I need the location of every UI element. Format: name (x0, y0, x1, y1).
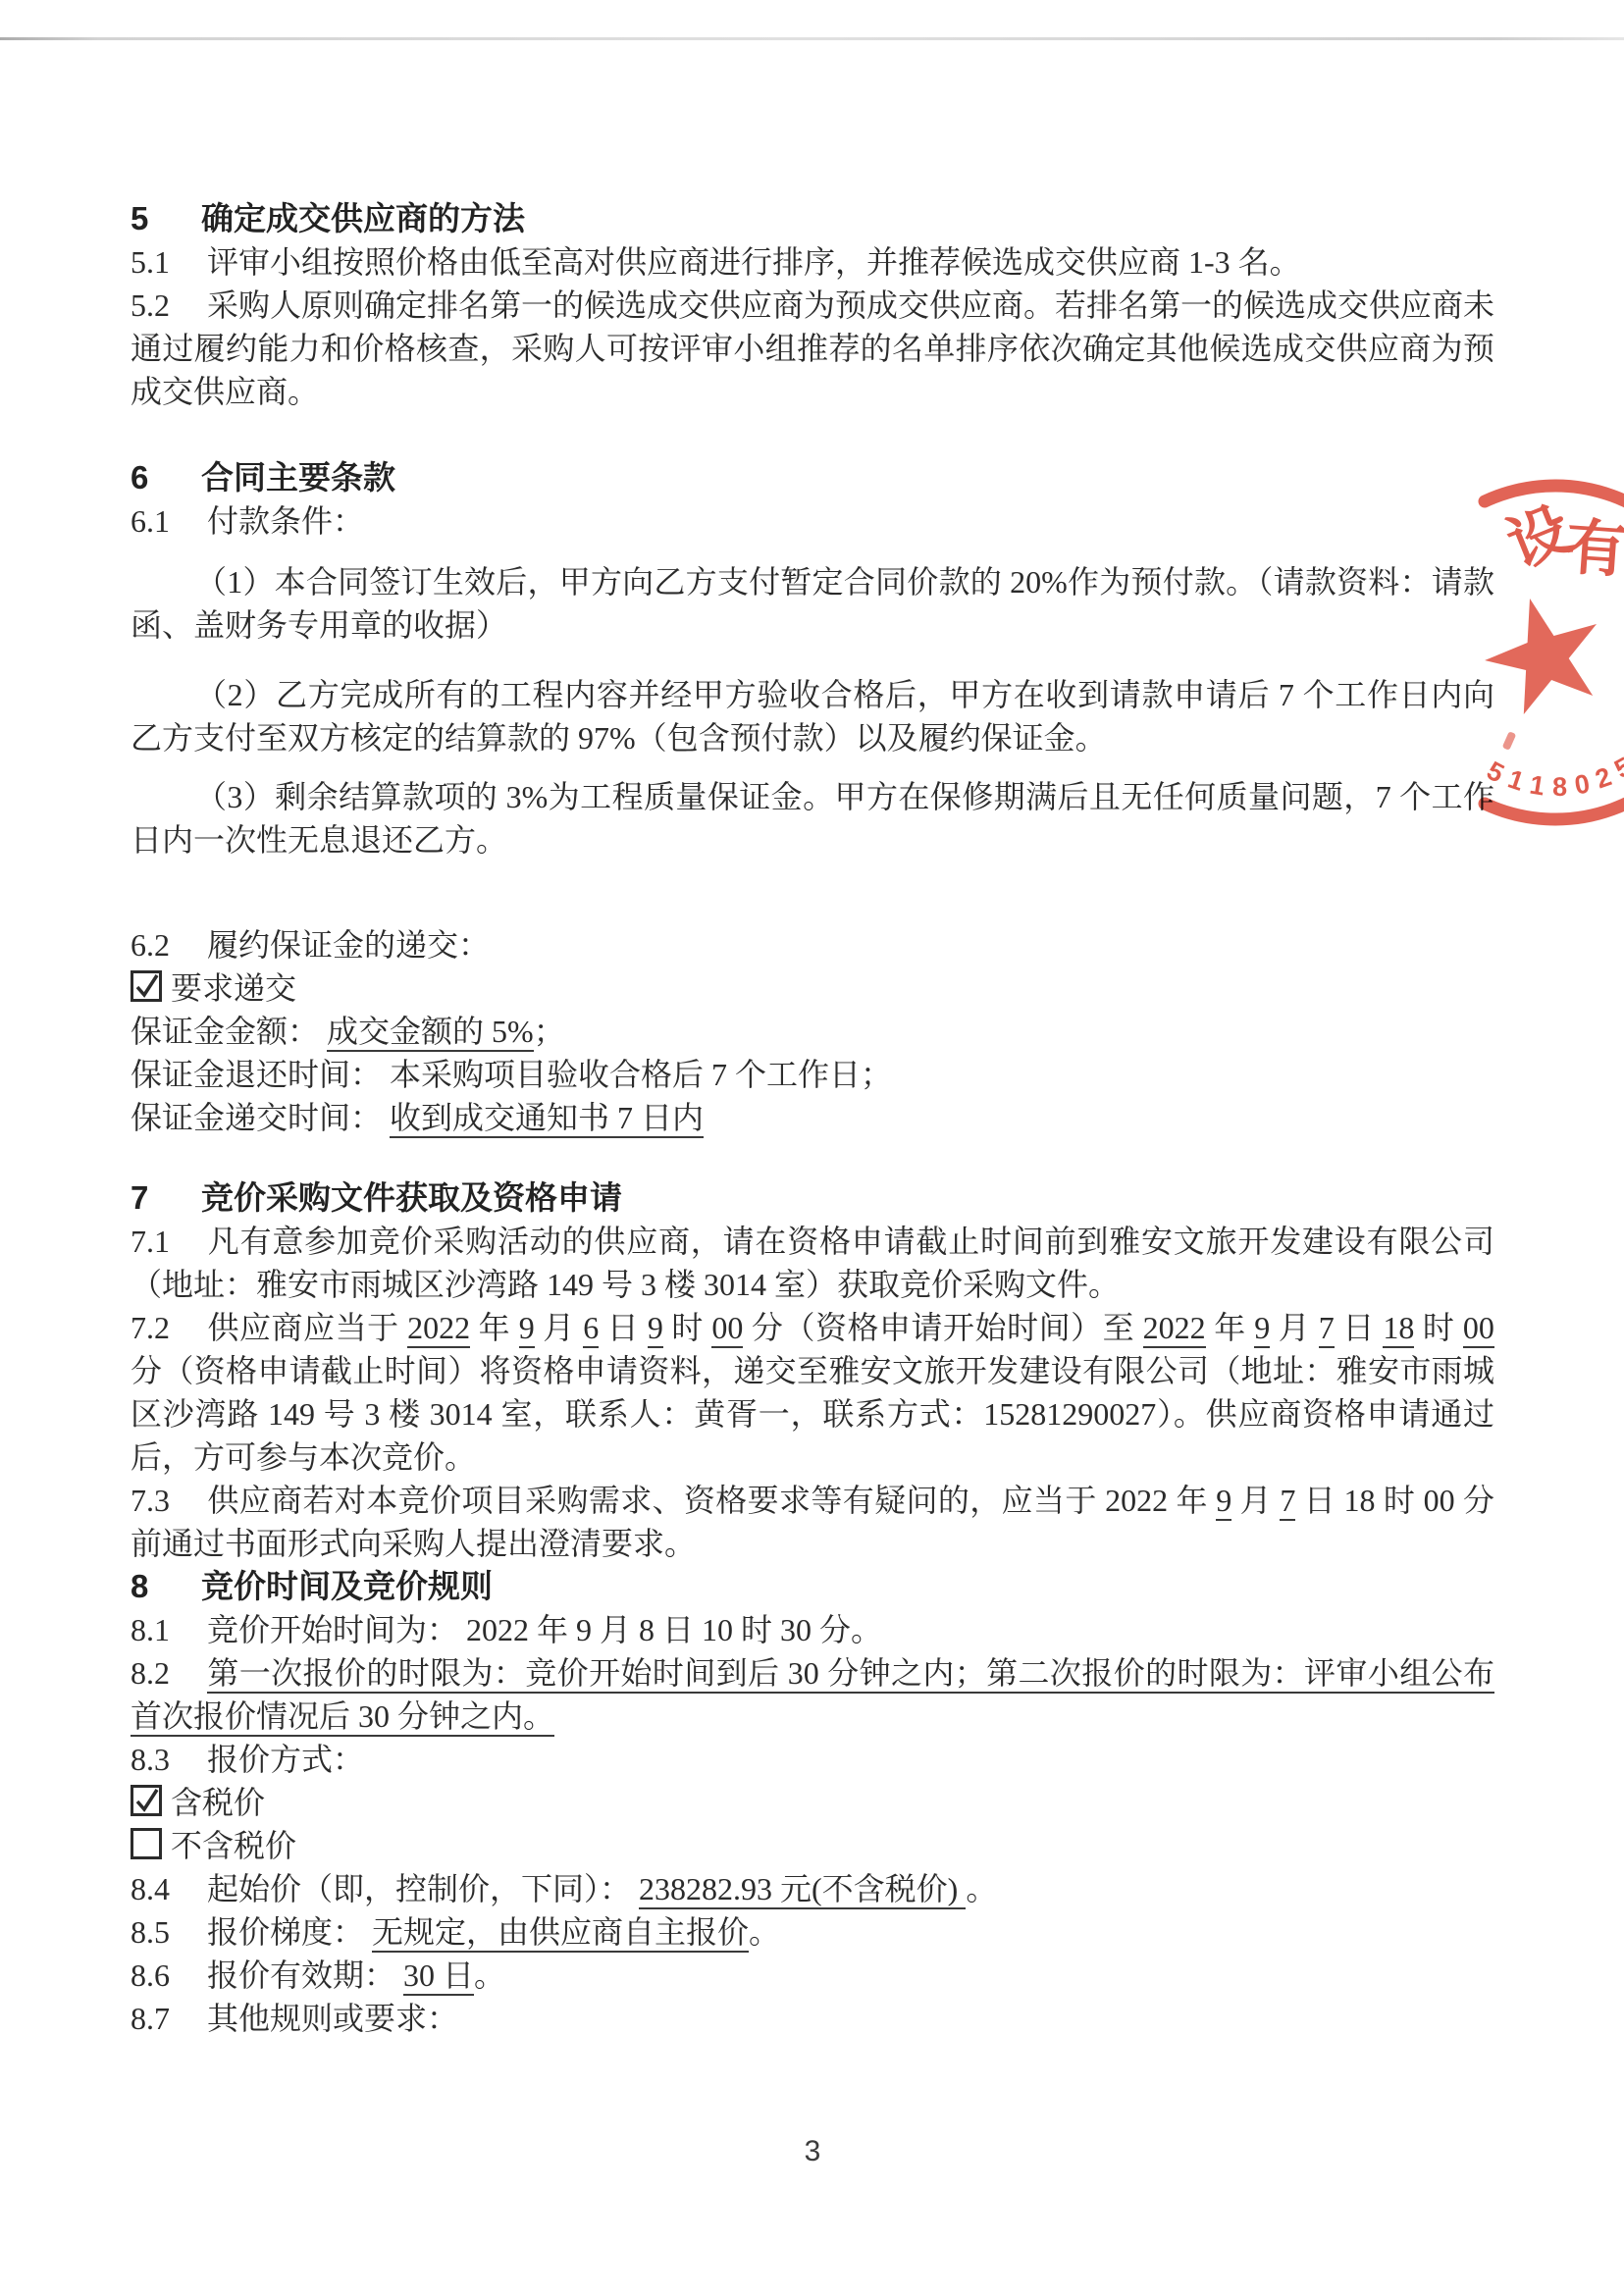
clause-number: 8.7 (131, 1997, 207, 2040)
checkbox-unchecked-icon (131, 1828, 162, 1859)
svg-text:2: 2 (1592, 761, 1616, 795)
clause-number: 8.1 (131, 1608, 207, 1651)
section-8-heading: 8竞价时间及竞价规则 (131, 1565, 1494, 1608)
section-title: 合同主要条款 (201, 459, 395, 496)
section-7-heading: 7竞价采购文件获取及资格申请 (131, 1176, 1494, 1220)
checkbox-checked-icon (131, 1785, 162, 1816)
scanned-document-page: 5确定成交供应商的方法 5.1评审小组按照价格由低至高对供应商进行排序，并推荐候… (0, 0, 1624, 2296)
clause-8-2: 8.2第一次报价的时限为：竞价开始时间到后 30 分钟之内；第二次报价的时限为：… (131, 1651, 1494, 1738)
clause-7-2: 7.2供应商应当于 2022 年 9 月 6 日 9 时 00 分（资格申请开始… (131, 1306, 1494, 1479)
clause-text: 第一次报价的时限为：竞价开始时间到后 30 分钟之内；第二次报价的时限为：评审小… (131, 1655, 1494, 1737)
clause-8-4: 8.4起始价（即，控制价，下同）： 238282.93 元(不含税价) 。 (131, 1867, 1494, 1910)
clause-number: 7.3 (131, 1479, 207, 1522)
clause-text: 采购人原则确定排名第一的候选成交供应商为预成交供应商。若排名第一的候选成交供应商… (131, 287, 1494, 409)
clause-number: 8.5 (131, 1910, 207, 1954)
checkbox-label: 要求递交 (171, 970, 296, 1006)
clause-number: 7.2 (131, 1306, 207, 1349)
clause-number: 5.1 (131, 240, 207, 284)
seal-ink-fleck (1502, 731, 1517, 751)
section-5-heading: 5确定成交供应商的方法 (131, 197, 1494, 240)
clause-number: 6.1 (131, 499, 207, 543)
document-body: 5确定成交供应商的方法 5.1评审小组按照价格由低至高对供应商进行排序，并推荐候… (131, 0, 1494, 2040)
clause-number: 5.2 (131, 284, 207, 327)
section-number: 6 (131, 456, 201, 499)
clause-number: 8.3 (131, 1738, 207, 1781)
clause-7-1: 7.1凡有意参加竞价采购活动的供应商，请在资格申请截止时间前到雅安文旅开发建设有… (131, 1220, 1494, 1306)
clause-8-5: 8.5报价梯度： 无规定，由供应商自主报价。 (131, 1910, 1494, 1954)
field-value: 成交金额的 5% (327, 1014, 534, 1052)
clause-6-2: 6.2履约保证金的递交： (131, 923, 1494, 966)
svg-text:1: 1 (1504, 764, 1529, 798)
page-number: 3 (131, 2134, 1494, 2169)
clause-text: 履约保证金的递交： (207, 927, 490, 963)
field-label: 保证金金额： (131, 1014, 327, 1049)
checkbox-row-tax-included: 含税价 (131, 1781, 1494, 1824)
seal-serial-digits: 5 1 1 8 0 2 5 (1482, 751, 1624, 802)
field-value: 收到成交通知书 7 日内 (390, 1100, 704, 1138)
clause-text: 凡有意参加竞价采购活动的供应商，请在资格申请截止时间前到雅安文旅开发建设有限公司… (131, 1224, 1494, 1302)
clause-text: 竞价开始时间为： 2022 年 9 月 8 日 10 时 30 分。 (207, 1612, 882, 1647)
seal-star-icon (1485, 599, 1597, 714)
clause-text: 报价方式： (207, 1742, 364, 1777)
clause-text: （3）剩余结算款项的 3%为工程质量保证金。甲方在保修期满后且无任何质量问题，7… (131, 779, 1494, 858)
section-number: 8 (131, 1565, 201, 1608)
field-label: 保证金退还时间： (131, 1057, 390, 1092)
checkbox-row-tax-excluded: 不含税价 (131, 1824, 1494, 1867)
field-tail: ； (534, 1014, 565, 1049)
section-6-heading: 6合同主要条款 (131, 456, 1494, 499)
clause-number: 8.4 (131, 1867, 207, 1910)
checkbox-checked-icon (131, 970, 162, 1002)
payment-term-3: （3）剩余结算款项的 3%为工程质量保证金。甲方在保修期满后且无任何质量问题，7… (131, 775, 1494, 861)
checkbox-label: 不含税价 (171, 1828, 296, 1863)
section-title: 竞价采购文件获取及资格申请 (201, 1179, 622, 1216)
clause-8-7: 8.7其他规则或要求： (131, 1997, 1494, 2040)
section-number: 5 (131, 197, 201, 240)
deposit-amount-line: 保证金金额： 成交金额的 5%； (131, 1010, 1494, 1053)
checkbox-label: 含税价 (171, 1785, 265, 1820)
clause-8-6: 8.6报价有效期： 30 日。 (131, 1954, 1494, 1997)
clause-number: 8.6 (131, 1954, 207, 1997)
clause-6-1: 6.1付款条件： (131, 499, 1494, 543)
clause-text: 付款条件： (207, 503, 364, 539)
deposit-refund-line: 保证金退还时间： 本采购项目验收合格后 7 个工作日； (131, 1053, 1494, 1096)
clause-text: （2）乙方完成所有的工程内容并经甲方验收合格后，甲方在收到请款申请后 7 个工作… (131, 677, 1494, 756)
section-title: 确定成交供应商的方法 (201, 200, 525, 236)
section-number: 7 (131, 1176, 201, 1220)
company-seal-stamp: 设 有 5 1 1 8 0 2 5 (1393, 442, 1624, 834)
clause-text: 评审小组按照价格由低至高对供应商进行排序，并推荐候选成交供应商 1-3 名。 (207, 244, 1301, 280)
clause-text: 供应商若对本竞价项目采购需求、资格要求等有疑问的，应当于 2022 年 9 月 … (131, 1483, 1494, 1561)
clause-text: 其他规则或要求： (207, 2001, 458, 2036)
svg-text:1: 1 (1528, 770, 1548, 802)
payment-term-2: （2）乙方完成所有的工程内容并经甲方验收合格后，甲方在收到请款申请后 7 个工作… (131, 673, 1494, 759)
section-title: 竞价时间及竞价规则 (201, 1568, 493, 1604)
deposit-submit-line: 保证金递交时间： 收到成交通知书 7 日内 (131, 1096, 1494, 1139)
clause-number: 7.1 (131, 1220, 207, 1263)
clause-text: 报价有效期： 30 日。 (207, 1957, 505, 1996)
field-label: 保证金递交时间： (131, 1100, 390, 1135)
svg-text:8: 8 (1552, 772, 1568, 802)
clause-text: （1）本合同签订生效后，甲方向乙方支付暂定合同价款的 20%作为预付款。（请款资… (131, 564, 1494, 643)
seal-text-char-2: 有 (1564, 513, 1624, 585)
clause-7-3: 7.3供应商若对本竞价项目采购需求、资格要求等有疑问的，应当于 2022 年 9… (131, 1479, 1494, 1565)
clause-text: 报价梯度： 无规定，由供应商自主报价。 (207, 1914, 780, 1953)
payment-term-1: （1）本合同签订生效后，甲方向乙方支付暂定合同价款的 20%作为预付款。（请款资… (131, 560, 1494, 647)
clause-text: 供应商应当于 2022 年 9 月 6 日 9 时 00 分（资格申请开始时间）… (131, 1310, 1494, 1475)
clause-number: 8.2 (131, 1651, 207, 1695)
svg-text:0: 0 (1572, 768, 1593, 800)
clause-8-3: 8.3报价方式： (131, 1738, 1494, 1781)
svg-text:5: 5 (1482, 756, 1509, 789)
clause-8-1: 8.1竞价开始时间为： 2022 年 9 月 8 日 10 时 30 分。 (131, 1608, 1494, 1651)
field-value: 本采购项目验收合格后 7 个工作日； (390, 1057, 892, 1092)
checkbox-row-require-deposit: 要求递交 (131, 966, 1494, 1010)
clause-5-2: 5.2采购人原则确定排名第一的候选成交供应商为预成交供应商。若排名第一的候选成交… (131, 284, 1494, 413)
clause-number: 6.2 (131, 923, 207, 966)
clause-5-1: 5.1评审小组按照价格由低至高对供应商进行排序，并推荐候选成交供应商 1-3 名… (131, 240, 1494, 284)
clause-text: 起始价（即，控制价，下同）： 238282.93 元(不含税价) 。 (207, 1871, 997, 1909)
